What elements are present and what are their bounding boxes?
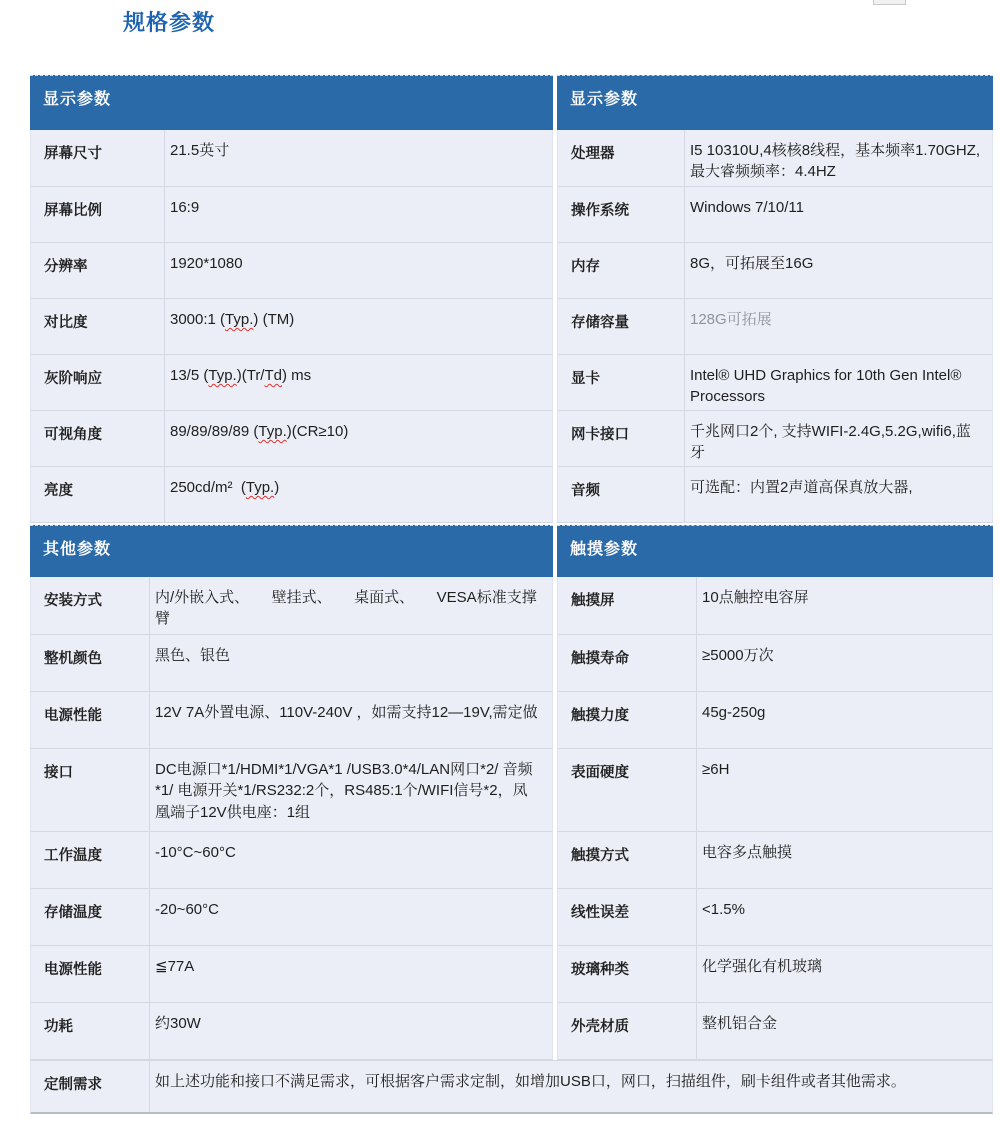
section-header: 触摸参数	[557, 525, 993, 577]
spec-label: 网卡接口	[558, 411, 684, 466]
spec-label: 触摸屏	[558, 577, 696, 634]
spec-value: Windows 7/10/11	[684, 187, 992, 242]
spec-value: 1920*1080	[164, 243, 552, 298]
spec-row: 触摸寿命≥5000万次	[557, 634, 993, 691]
spec-row: 对比度3000:1 (Typ.) (TM)	[30, 298, 553, 354]
spec-value: -10°C~60°C	[149, 832, 552, 888]
spec-row: 灰阶响应13/5 (Typ.)(Tr/Td) ms	[30, 354, 553, 410]
spec-row: 处理器I5 10310U,4核核8线程，基本频率1.70GHZ,最大睿频频率：4…	[557, 130, 993, 186]
spec-label: 触摸方式	[558, 832, 696, 888]
spec-row: 功耗约30W	[30, 1002, 553, 1059]
spec-label: 定制需求	[31, 1061, 149, 1112]
spec-value: -20~60°C	[149, 889, 552, 945]
spec-value: 整机铝合金	[696, 1003, 992, 1059]
spec-value: 128G可拓展	[684, 299, 992, 354]
spec-row: 音频可选配：内置2声道高保真放大器,	[557, 466, 993, 522]
spec-value: ≦77A	[149, 946, 552, 1002]
spec-label: 显卡	[558, 355, 684, 410]
section-2: 其他参数安装方式内/外嵌入式、 壁挂式、 桌面式、 VESA标准支撑臂整机颜色黑…	[30, 525, 993, 1060]
spec-label: 对比度	[31, 299, 164, 354]
spec-label: 触摸寿命	[558, 635, 696, 691]
spec-label: 处理器	[558, 130, 684, 186]
spec-value: 内/外嵌入式、 壁挂式、 桌面式、 VESA标准支撑臂	[149, 577, 552, 634]
spec-label: 操作系统	[558, 187, 684, 242]
spec-value: 10点触控电容屏	[696, 577, 992, 634]
spellcheck-squiggle: Typ.	[246, 479, 274, 496]
spec-value: 89/89/89/89 (Typ.)(CR≥10)	[164, 411, 552, 466]
spec-label: 整机颜色	[31, 635, 149, 691]
spec-label: 灰阶响应	[31, 355, 164, 410]
page-title: 规格参数	[123, 6, 215, 37]
spec-value: 3000:1 (Typ.) (TM)	[164, 299, 552, 354]
spec-table-half-left: 显示参数屏幕尺寸21.5英寸屏幕比例16:9分辨率1920*1080对比度300…	[30, 75, 553, 523]
customization-row: 定制需求如上述功能和接口不满足需求，可根据客户需求定制，如增加USB口，网口，扫…	[30, 1060, 993, 1114]
spec-value: 黑色、银色	[149, 635, 552, 691]
spec-value: 约30W	[149, 1003, 552, 1059]
spec-value: 千兆网口2个, 支持WIFI-2.4G,5.2G,wifi6,蓝牙	[684, 411, 992, 466]
spec-row: 亮度250cd/m² (Typ.)	[30, 466, 553, 522]
spec-row: 屏幕尺寸21.5英寸	[30, 130, 553, 186]
spec-value: 45g-250g	[696, 692, 992, 748]
spec-label: 内存	[558, 243, 684, 298]
spec-row: 分辨率1920*1080	[30, 242, 553, 298]
spec-label: 表面硬度	[558, 749, 696, 831]
spellcheck-squiggle: Typ.	[208, 367, 236, 384]
spec-row: 整机颜色黑色、银色	[30, 634, 553, 691]
spec-value: 化学强化有机玻璃	[696, 946, 992, 1002]
spec-label: 外壳材质	[558, 1003, 696, 1059]
spec-row: 电源性能≦77A	[30, 945, 553, 1002]
spec-row: 网卡接口千兆网口2个, 支持WIFI-2.4G,5.2G,wifi6,蓝牙	[557, 410, 993, 466]
spec-value: ≥5000万次	[696, 635, 992, 691]
spec-document-page: { "title": "规格参数", "colors": { "header_b…	[0, 0, 1000, 1127]
spec-row: 安装方式内/外嵌入式、 壁挂式、 桌面式、 VESA标准支撑臂	[30, 577, 553, 634]
spec-row: 线性误差<1.5%	[557, 888, 993, 945]
spec-value: 21.5英寸	[164, 130, 552, 186]
spec-label: 存储容量	[558, 299, 684, 354]
spellcheck-squiggle: Td	[264, 367, 282, 384]
spec-row: 触摸力度45g-250g	[557, 691, 993, 748]
spec-row: 触摸方式电容多点触摸	[557, 831, 993, 888]
spec-label: 亮度	[31, 467, 164, 522]
spec-row: 接口DC电源口*1/HDMI*1/VGA*1 /USB3.0*4/LAN网口*2…	[30, 748, 553, 831]
top-right-ui-fragment	[873, 0, 906, 5]
spec-row: 显卡Intel® UHD Graphics for 10th Gen Intel…	[557, 354, 993, 410]
spec-value: <1.5%	[696, 889, 992, 945]
spec-table-half-left: 其他参数安装方式内/外嵌入式、 壁挂式、 桌面式、 VESA标准支撑臂整机颜色黑…	[30, 525, 553, 1060]
section-header: 其他参数	[30, 525, 553, 577]
spec-label: 可视角度	[31, 411, 164, 466]
spec-label: 电源性能	[31, 946, 149, 1002]
spec-label: 安装方式	[31, 577, 149, 634]
spec-row: 外壳材质整机铝合金	[557, 1002, 993, 1059]
spec-value: Intel® UHD Graphics for 10th Gen Intel® …	[684, 355, 992, 410]
spec-value: 13/5 (Typ.)(Tr/Td) ms	[164, 355, 552, 410]
spec-label: 存储温度	[31, 889, 149, 945]
spec-row: 屏幕比例16:9	[30, 186, 553, 242]
spec-label: 接口	[31, 749, 149, 831]
spec-row: 操作系统Windows 7/10/11	[557, 186, 993, 242]
section-header: 显示参数	[557, 75, 993, 130]
spec-label: 电源性能	[31, 692, 149, 748]
spec-value: 12V 7A外置电源、110V-240V ，如需支持12—19V,需定做	[149, 692, 552, 748]
spec-value: DC电源口*1/HDMI*1/VGA*1 /USB3.0*4/LAN网口*2/ …	[149, 749, 552, 831]
spec-value: 如上述功能和接口不满足需求，可根据客户需求定制，如增加USB口，网口，扫描组件，…	[149, 1061, 992, 1112]
spec-row: 玻璃种类化学强化有机玻璃	[557, 945, 993, 1002]
spec-row: 存储温度-20~60°C	[30, 888, 553, 945]
spellcheck-squiggle: Typ.	[258, 423, 286, 440]
spec-value: 可选配：内置2声道高保真放大器,	[684, 467, 992, 522]
spec-value: 16:9	[164, 187, 552, 242]
spec-value: 8G，可拓展至16G	[684, 243, 992, 298]
spec-row: 电源性能12V 7A外置电源、110V-240V ，如需支持12—19V,需定做	[30, 691, 553, 748]
spec-row: 内存8G，可拓展至16G	[557, 242, 993, 298]
spec-label: 音频	[558, 467, 684, 522]
spec-value: I5 10310U,4核核8线程，基本频率1.70GHZ,最大睿频频率：4.4H…	[684, 130, 992, 186]
spec-row: 触摸屏10点触控电容屏	[557, 577, 993, 634]
spec-label: 玻璃种类	[558, 946, 696, 1002]
section-header: 显示参数	[30, 75, 553, 130]
spec-label: 功耗	[31, 1003, 149, 1059]
spec-row: 存储容量128G可拓展	[557, 298, 993, 354]
spec-row: 表面硬度≥6H	[557, 748, 993, 831]
spec-table-half-right: 触摸参数触摸屏10点触控电容屏触摸寿命≥5000万次触摸力度45g-250g表面…	[557, 525, 993, 1060]
spec-label: 分辨率	[31, 243, 164, 298]
spec-value: 250cd/m² (Typ.)	[164, 467, 552, 522]
spec-row: 可视角度89/89/89/89 (Typ.)(CR≥10)	[30, 410, 553, 466]
spec-tables: 显示参数屏幕尺寸21.5英寸屏幕比例16:9分辨率1920*1080对比度300…	[30, 75, 993, 1114]
spec-row: 工作温度-10°C~60°C	[30, 831, 553, 888]
spec-label: 工作温度	[31, 832, 149, 888]
spec-label: 屏幕比例	[31, 187, 164, 242]
section-1: 显示参数屏幕尺寸21.5英寸屏幕比例16:9分辨率1920*1080对比度300…	[30, 75, 993, 523]
spec-label: 触摸力度	[558, 692, 696, 748]
spellcheck-squiggle: Typ.	[225, 311, 253, 328]
spec-value: 电容多点触摸	[696, 832, 992, 888]
spec-label: 线性误差	[558, 889, 696, 945]
spec-value: ≥6H	[696, 749, 992, 831]
spec-label: 屏幕尺寸	[31, 130, 164, 186]
spec-table-half-right: 显示参数处理器I5 10310U,4核核8线程，基本频率1.70GHZ,最大睿频…	[557, 75, 993, 523]
